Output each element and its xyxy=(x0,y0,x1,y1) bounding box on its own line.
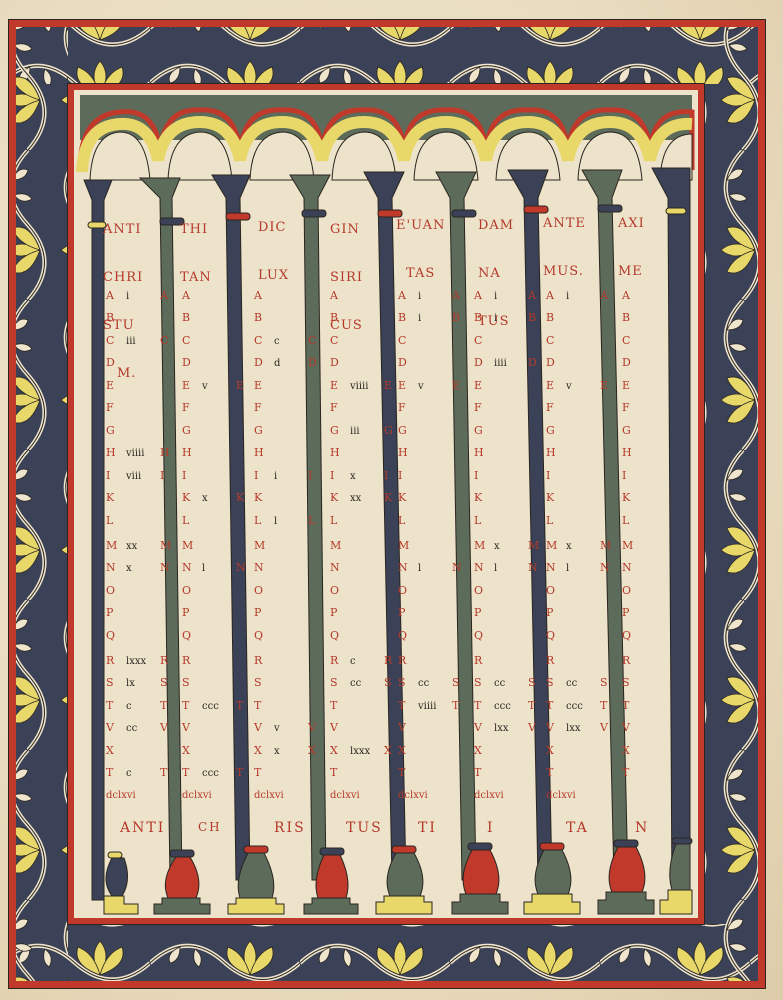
header-line: GIN xyxy=(330,222,363,238)
grid-numeral: x xyxy=(202,493,208,505)
header-line: THI xyxy=(180,222,212,238)
grid-letter: B xyxy=(546,312,554,324)
grid-letter-repeat: E xyxy=(600,380,608,392)
grid-letter: H xyxy=(254,447,264,459)
grid-letter: V xyxy=(622,722,630,734)
grid-letter: T xyxy=(546,700,553,712)
grid-letter: C xyxy=(546,335,554,347)
grid-numeral: ccc xyxy=(202,768,219,780)
grid-letter: T xyxy=(474,767,481,779)
grid-letter: N xyxy=(254,562,264,574)
grid-letter: D xyxy=(106,357,115,369)
grid-letter-repeat: R xyxy=(384,655,392,667)
grid-letter: P xyxy=(182,607,189,619)
grid-letter-repeat: S xyxy=(600,677,608,689)
grid-letter: L xyxy=(254,515,261,527)
grid-letter: T xyxy=(182,767,189,779)
grid-numeral: ccc xyxy=(202,701,219,713)
grid-letter: X xyxy=(474,745,482,757)
grid-letter-repeat: S xyxy=(160,677,168,689)
grid-numeral: lx xyxy=(126,678,135,690)
footer-word: N xyxy=(635,820,649,836)
grid-letter: I xyxy=(398,470,402,482)
grid-letter: T xyxy=(254,700,261,712)
grid-letter: V xyxy=(546,722,554,734)
grid-letter-repeat: A xyxy=(528,290,536,302)
grid-letter: E xyxy=(254,380,262,392)
grid-letter: F xyxy=(546,402,554,414)
header-word-6: DAM NA TUS xyxy=(478,186,514,362)
grid-letter: Q xyxy=(622,630,631,642)
grid-letter: H xyxy=(474,447,484,459)
grid-letter: X xyxy=(106,745,114,757)
grid-letter: H xyxy=(182,447,192,459)
grid-letter-repeat: R xyxy=(160,655,168,667)
footer-word: RIS xyxy=(274,820,306,836)
grid-letter: O xyxy=(398,585,407,597)
grid-letter: M xyxy=(330,540,341,552)
grid-numeral: l xyxy=(494,563,497,575)
grid-letter: H xyxy=(546,447,556,459)
grid-letter: dclxvi xyxy=(546,790,576,802)
grid-letter: S xyxy=(546,677,554,689)
grid-letter-repeat: N xyxy=(236,562,246,574)
grid-letter-repeat: T xyxy=(452,700,459,712)
header-line: SIRI xyxy=(330,270,363,286)
grid-letter: Q xyxy=(330,630,339,642)
grid-letter: N xyxy=(474,562,484,574)
grid-letter: P xyxy=(398,607,405,619)
grid-letter-repeat: C xyxy=(160,335,168,347)
grid-letter: O xyxy=(474,585,483,597)
grid-letter: N xyxy=(546,562,556,574)
grid-letter: R xyxy=(622,655,630,667)
grid-letter: O xyxy=(254,585,263,597)
grid-numeral: x xyxy=(126,563,132,575)
grid-letter: F xyxy=(622,402,630,414)
grid-numeral: c xyxy=(126,768,132,780)
header-line: MUS. xyxy=(543,264,586,280)
grid-letter-repeat: A xyxy=(600,290,608,302)
grid-letter: T xyxy=(398,767,405,779)
grid-numeral: viiii xyxy=(350,381,368,393)
footer-word: TUS xyxy=(346,820,383,836)
grid-letter: dclxvi xyxy=(106,790,136,802)
grid-letter-repeat: A xyxy=(160,290,168,302)
grid-letter: I xyxy=(474,470,478,482)
grid-numeral: i xyxy=(566,291,569,303)
grid-letter: G xyxy=(106,425,115,437)
grid-letter: G xyxy=(398,425,407,437)
grid-letter: M xyxy=(546,540,557,552)
grid-letter: E xyxy=(330,380,338,392)
grid-numeral: cc xyxy=(350,678,361,690)
grid-letter: S xyxy=(106,677,114,689)
header-line: NA xyxy=(478,266,514,282)
grid-letter: T xyxy=(622,767,629,779)
grid-letter: R xyxy=(182,655,190,667)
grid-letter: dclxvi xyxy=(330,790,360,802)
grid-letter: S xyxy=(398,677,406,689)
grid-letter: Q xyxy=(106,630,115,642)
grid-numeral: viiii xyxy=(418,701,436,713)
footer-word: I xyxy=(487,820,495,836)
grid-numeral: cc xyxy=(566,678,577,690)
grid-numeral: x xyxy=(274,746,280,758)
grid-letter-repeat: T xyxy=(528,700,535,712)
grid-letter: T xyxy=(398,700,405,712)
grid-letter: O xyxy=(106,585,115,597)
grid-letter: F xyxy=(182,402,190,414)
grid-letter: X xyxy=(254,745,262,757)
grid-letter: T xyxy=(254,767,261,779)
grid-letter: A xyxy=(546,290,554,302)
grid-letter-repeat: D xyxy=(528,357,537,369)
grid-letter-repeat: N xyxy=(528,562,538,574)
grid-letter: X xyxy=(622,745,630,757)
grid-letter-repeat: V xyxy=(308,722,316,734)
grid-letter: B xyxy=(106,312,114,324)
grid-letter: O xyxy=(330,585,339,597)
grid-letter-repeat: K xyxy=(236,492,244,504)
grid-numeral: d xyxy=(274,358,280,370)
grid-letter: L xyxy=(546,515,553,527)
grid-letter: S xyxy=(182,677,190,689)
grid-letter: K xyxy=(254,492,262,504)
grid-letter: X xyxy=(546,745,554,757)
grid-numeral: v xyxy=(418,381,424,393)
grid-letter-repeat: T xyxy=(600,700,607,712)
grid-numeral: x xyxy=(494,541,500,553)
grid-letter-repeat: I xyxy=(160,470,164,482)
grid-letter: O xyxy=(622,585,631,597)
grid-letter: V xyxy=(330,722,338,734)
grid-letter-repeat: T xyxy=(160,767,167,779)
grid-letter: F xyxy=(254,402,262,414)
grid-letter: P xyxy=(106,607,113,619)
grid-letter-repeat: K xyxy=(384,492,392,504)
grid-letter-repeat: S xyxy=(452,677,460,689)
grid-letter: R xyxy=(106,655,114,667)
grid-letter: P xyxy=(622,607,629,619)
grid-letter: O xyxy=(546,585,555,597)
grid-letter: S xyxy=(254,677,262,689)
grid-letter: N xyxy=(622,562,632,574)
grid-letter: V xyxy=(182,722,190,734)
grid-numeral: l xyxy=(566,563,569,575)
grid-letter: B xyxy=(254,312,262,324)
grid-letter: N xyxy=(106,562,116,574)
grid-letter-repeat: I xyxy=(308,470,312,482)
grid-numeral: cc xyxy=(126,723,137,735)
grid-numeral: viiii xyxy=(126,448,144,460)
grid-letter-repeat: V xyxy=(528,722,536,734)
grid-numeral: lxx xyxy=(494,723,508,735)
grid-letter: P xyxy=(474,607,481,619)
grid-letter: dclxvi xyxy=(254,790,284,802)
grid-numeral: v xyxy=(202,381,208,393)
grid-numeral: l xyxy=(202,563,205,575)
grid-letter: A xyxy=(398,290,406,302)
grid-letter: I xyxy=(622,470,626,482)
grid-letter: O xyxy=(182,585,191,597)
grid-numeral: v xyxy=(274,723,280,735)
grid-letter: E xyxy=(398,380,406,392)
grid-letter: B xyxy=(622,312,630,324)
grid-letter: A xyxy=(106,290,114,302)
grid-letter: H xyxy=(330,447,340,459)
grid-letter: L xyxy=(182,515,189,527)
grid-letter: D xyxy=(546,357,555,369)
grid-letter-repeat: A xyxy=(452,290,460,302)
header-line: DAM xyxy=(478,218,514,234)
grid-letter: C xyxy=(106,335,114,347)
grid-letter: A xyxy=(254,290,262,302)
grid-letter: F xyxy=(398,402,406,414)
grid-letter: B xyxy=(330,312,338,324)
grid-letter: T xyxy=(106,767,113,779)
grid-letter: L xyxy=(622,515,629,527)
grid-letter: I xyxy=(254,470,258,482)
grid-letter: K xyxy=(622,492,630,504)
grid-numeral: iii xyxy=(350,426,360,438)
grid-letter: V xyxy=(398,722,406,734)
grid-letter: L xyxy=(474,515,481,527)
grid-letter: P xyxy=(254,607,261,619)
grid-letter-repeat: D xyxy=(308,357,317,369)
grid-letter: C xyxy=(398,335,406,347)
grid-letter: B xyxy=(182,312,190,324)
grid-letter-repeat: H xyxy=(160,447,170,459)
grid-letter-repeat: M xyxy=(528,540,539,552)
grid-letter: G xyxy=(546,425,555,437)
grid-letter: F xyxy=(474,402,482,414)
grid-letter-repeat: X xyxy=(384,745,392,757)
grid-letter: dclxvi xyxy=(398,790,428,802)
grid-letter: S xyxy=(622,677,630,689)
grid-letter: D xyxy=(622,357,631,369)
grid-letter: G xyxy=(474,425,483,437)
grid-letter: C xyxy=(622,335,630,347)
grid-numeral: iiii xyxy=(494,358,507,370)
grid-letter: G xyxy=(182,425,191,437)
grid-letter: R xyxy=(254,655,262,667)
grid-letter: G xyxy=(622,425,631,437)
grid-letter-repeat: M xyxy=(600,540,611,552)
grid-letter: S xyxy=(474,677,482,689)
header-line: E'UAN xyxy=(396,218,445,234)
grid-letter: E xyxy=(474,380,482,392)
grid-numeral: xx xyxy=(126,541,137,553)
grid-numeral: c xyxy=(350,656,356,668)
grid-letter: H xyxy=(398,447,408,459)
grid-letter: T xyxy=(474,700,481,712)
grid-letter: B xyxy=(474,312,482,324)
header-line: AXI xyxy=(618,216,649,232)
grid-numeral: l xyxy=(274,516,277,528)
grid-letter: D xyxy=(398,357,407,369)
grid-letter-repeat: E xyxy=(384,380,392,392)
grid-letter: C xyxy=(330,335,338,347)
grid-letter-repeat: B xyxy=(452,312,460,324)
grid-letter: P xyxy=(546,607,553,619)
grid-letter: F xyxy=(330,402,338,414)
grid-numeral: i xyxy=(494,313,497,325)
grid-letter-repeat: L xyxy=(308,515,315,527)
grid-letter-repeat: X xyxy=(308,745,316,757)
grid-letter-repeat: M xyxy=(160,540,171,552)
header-line: LUX xyxy=(258,268,289,284)
grid-letter-repeat: N xyxy=(160,562,170,574)
grid-letter: N xyxy=(182,562,192,574)
grid-letter: V xyxy=(254,722,262,734)
grid-letter: K xyxy=(330,492,338,504)
grid-letter-repeat: T xyxy=(236,700,243,712)
grid-letter: I xyxy=(330,470,334,482)
grid-letter: G xyxy=(254,425,263,437)
footer-word: TA xyxy=(566,820,589,836)
grid-numeral: lxxx xyxy=(126,656,146,668)
grid-letter: G xyxy=(330,425,339,437)
grid-letter: N xyxy=(398,562,408,574)
grid-letter: C xyxy=(254,335,262,347)
grid-numeral: i xyxy=(418,291,421,303)
grid-letter: M xyxy=(398,540,409,552)
grid-letter: Q xyxy=(254,630,263,642)
grid-letter-repeat: S xyxy=(384,677,392,689)
grid-letter: D xyxy=(330,357,339,369)
grid-letter: I xyxy=(182,470,186,482)
grid-letter: K xyxy=(398,492,406,504)
grid-letter: D xyxy=(474,357,483,369)
grid-letter: M xyxy=(622,540,633,552)
grid-numeral: lxxx xyxy=(350,746,370,758)
footer-word: TI xyxy=(418,820,437,836)
grid-letter-repeat: T xyxy=(236,767,243,779)
grid-numeral: iii xyxy=(126,336,136,348)
grid-letter: I xyxy=(546,470,550,482)
grid-letter: dclxvi xyxy=(182,790,212,802)
header-line: ME xyxy=(618,264,649,280)
grid-letter-repeat: N xyxy=(600,562,610,574)
grid-numeral: ccc xyxy=(566,701,583,713)
grid-numeral: i xyxy=(274,471,277,483)
grid-letter: K xyxy=(474,492,482,504)
grid-letter: E xyxy=(106,380,114,392)
grid-numeral: i xyxy=(126,291,129,303)
grid-numeral: x xyxy=(566,541,572,553)
grid-letter: V xyxy=(106,722,114,734)
grid-letter-repeat: E xyxy=(236,380,244,392)
grid-numeral: xx xyxy=(350,493,361,505)
grid-letter: Q xyxy=(474,630,483,642)
grid-letter: R xyxy=(330,655,338,667)
grid-letter: B xyxy=(398,312,406,324)
grid-letter: T xyxy=(546,767,553,779)
grid-numeral: c xyxy=(274,336,280,348)
grid-numeral: l xyxy=(418,563,421,575)
grid-letter: H xyxy=(622,447,632,459)
grid-letter: D xyxy=(182,357,191,369)
grid-letter: A xyxy=(474,290,482,302)
grid-letter-repeat: V xyxy=(160,722,168,734)
grid-letter: Q xyxy=(398,630,407,642)
grid-letter: C xyxy=(182,335,190,347)
grid-letter: A xyxy=(182,290,190,302)
grid-letter: N xyxy=(330,562,340,574)
grid-numeral: lxx xyxy=(566,723,580,735)
grid-letter-repeat: G xyxy=(384,425,393,437)
header-word-3: DIC LUX xyxy=(258,188,289,316)
header-line: TAS xyxy=(396,266,445,282)
grid-numeral: v xyxy=(566,381,572,393)
grid-numeral: c xyxy=(126,701,132,713)
grid-numeral: viii xyxy=(126,471,141,483)
footer-word: ANTI xyxy=(120,820,165,836)
grid-letter: M xyxy=(474,540,485,552)
grid-letter: F xyxy=(106,402,114,414)
grid-letter: A xyxy=(330,290,338,302)
grid-numeral: cc xyxy=(494,678,505,690)
grid-numeral: i xyxy=(494,291,497,303)
grid-letter: Q xyxy=(546,630,555,642)
grid-letter: dclxvi xyxy=(474,790,504,802)
header-line: ANTI xyxy=(103,222,143,238)
grid-letter-repeat: T xyxy=(160,700,167,712)
grid-letter-repeat: I xyxy=(384,470,388,482)
grid-letter: Q xyxy=(182,630,191,642)
grid-letter: T xyxy=(330,700,337,712)
grid-letter: L xyxy=(106,515,113,527)
grid-letter-repeat: C xyxy=(308,335,316,347)
grid-letter: E xyxy=(546,380,554,392)
header-line: CHRI xyxy=(103,270,143,286)
grid-letter: R xyxy=(474,655,482,667)
grid-letter: R xyxy=(398,655,406,667)
grid-letter: L xyxy=(330,515,337,527)
grid-letter: M xyxy=(254,540,265,552)
grid-letter: H xyxy=(106,447,116,459)
grid-letter-repeat: E xyxy=(452,380,460,392)
grid-letter: V xyxy=(474,722,482,734)
header-line: ANTE xyxy=(543,216,586,232)
grid-letter: T xyxy=(182,700,189,712)
grid-letter: T xyxy=(106,700,113,712)
grid-letter: M xyxy=(106,540,117,552)
header-line: DIC xyxy=(258,220,289,236)
grid-letter: T xyxy=(622,700,629,712)
grid-numeral: x xyxy=(350,471,356,483)
grid-letter: P xyxy=(330,607,337,619)
grid-letter: X xyxy=(182,745,190,757)
grid-letter: K xyxy=(546,492,554,504)
grid-letter-repeat: S xyxy=(528,677,536,689)
grid-letter: E xyxy=(622,380,630,392)
grid-letter: X xyxy=(398,745,406,757)
grid-letter: D xyxy=(254,357,263,369)
manuscript-page: ANTI CHRI STU M. THI TAN DIC LUX GIN SIR… xyxy=(0,0,783,1000)
grid-letter: X xyxy=(330,745,338,757)
grid-letter: T xyxy=(330,767,337,779)
grid-letter: K xyxy=(182,492,190,504)
grid-letter: L xyxy=(398,515,405,527)
grid-letter: K xyxy=(106,492,114,504)
grid-letter: C xyxy=(474,335,482,347)
footer-word: ch xyxy=(198,816,222,836)
header-line: TAN xyxy=(180,270,212,286)
grid-letter: A xyxy=(622,290,630,302)
grid-letter: M xyxy=(182,540,193,552)
